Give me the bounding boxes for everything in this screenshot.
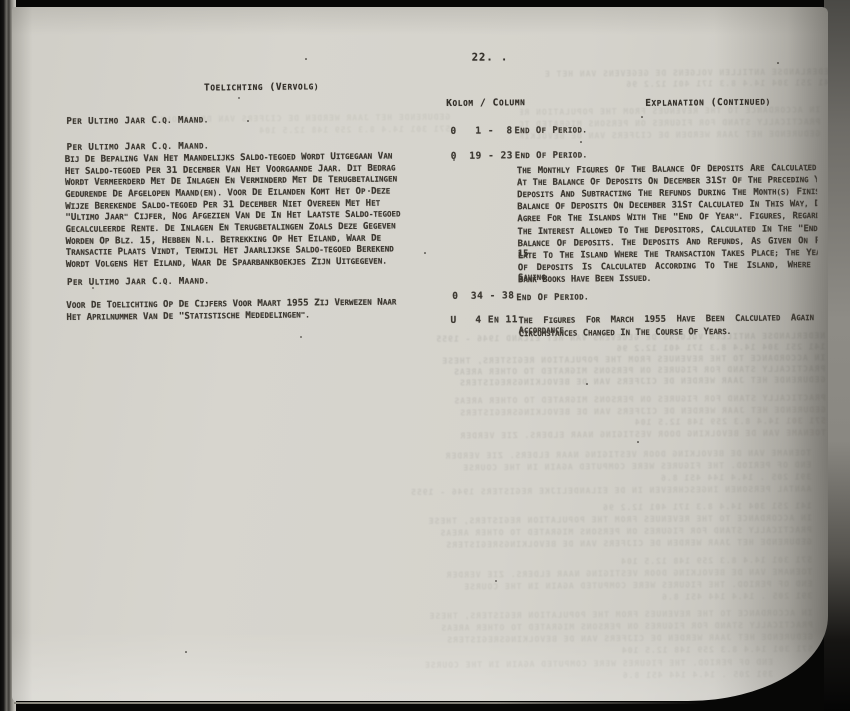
ink-speck: [305, 58, 307, 60]
english-paragraph-line: LATE TO THE ISLAND WHERE THE TRANSACTION…: [518, 248, 818, 261]
ink-speck: [185, 651, 187, 653]
dutch-paragraph-line: VOOR DE TOELICHTING OP DE CIJFERS VOOR M…: [66, 296, 396, 310]
ink-speck: [247, 120, 249, 122]
dutch-entry-heading: PER ULTIMO JAAR C.Q. MAAND.: [67, 275, 209, 287]
ink-speck: [637, 441, 639, 443]
ink-speck: [586, 383, 588, 385]
column-code: 0 1 - 8: [450, 125, 512, 137]
english-paragraph: THE FIGURES FOR MARCH 1955 HAVE BEEN CAL…: [518, 313, 818, 346]
column-code: 0 34 - 38: [452, 290, 514, 302]
ink-speck: [368, 190, 370, 192]
ink-speck: [453, 159, 455, 161]
ink-speck: [806, 169, 808, 171]
section-title-dutch: TOELICHTING (VERVOLG): [204, 81, 319, 93]
english-paragraph-line: BANK BOOKS HAVE BEEN ISSUED.: [518, 272, 818, 285]
column-code: U 4 EN 11: [450, 314, 518, 326]
dutch-entry-heading: PER ULTIMO JAAR C.Q. MAAND.: [67, 140, 209, 152]
ink-speck: [300, 336, 302, 338]
column-header: KOLOM / COLUMN: [446, 97, 525, 109]
page-under-edge: [14, 702, 702, 704]
english-paragraph: THE MONTHLY FIGURES OF THE BALANCE OF DE…: [517, 163, 818, 290]
english-entry-label: END OF PERIOD.: [515, 150, 588, 161]
dutch-entry-heading: PER ULTIMO JAAR C.Q. MAAND.: [66, 114, 208, 126]
section-title-english: EXPLANATION (CONTINUED): [645, 97, 771, 109]
ink-speck: [92, 287, 94, 289]
printed-text-layer: 22. . TOELICHTING (VERVOLG) KOLOM / COLU…: [12, 7, 828, 701]
dutch-paragraph: VOOR DE TOELICHTING OP DE CIJFERS VOOR M…: [66, 296, 456, 300]
english-paragraph-line: AGREE FOR THE ISLANDS WITH THE "END OF Y…: [517, 211, 818, 224]
ink-speck: [495, 580, 497, 582]
english-paragraph-line: THE MONTHLY FIGURES OF THE BALANCE OF DE…: [517, 163, 818, 176]
dutch-paragraph-line: WORDT VOLGENS HET EILAND, WAAR DE SPAARB…: [66, 255, 387, 269]
paper-page: NEDERLANDSE ANTILLEN VOLGENS DE GEGEVENS…: [12, 7, 828, 701]
ink-speck: [424, 252, 426, 254]
ink-speck: [641, 116, 643, 118]
english-paragraph-line: BALANCE OF DEPOSITS ON DECEMBER 31ST CAL…: [517, 199, 818, 212]
english-paragraph-line: THE INTEREST ALLOWED TO THE DEPOSITORS, …: [517, 223, 818, 236]
english-paragraph-line: CIRCUMSTANCES CHANGED IN THE COURSE OF Y…: [519, 325, 819, 338]
ink-speck: [777, 62, 779, 64]
english-paragraph-line: DEPOSITS AND SUBTRACTING THE REFUNDS DUR…: [517, 187, 818, 200]
dutch-paragraph-line: HET APRILNUMMER VAN DE "STATISTISCHE MED…: [66, 309, 310, 323]
english-entry-label: END OF PERIOD.: [516, 292, 589, 303]
english-paragraph-line: AT THE BALANCE OF DEPOSITS ON DECEMBER 3…: [517, 175, 818, 188]
page-number: 22. .: [472, 51, 509, 63]
column-code: 0 19 - 23: [451, 150, 513, 162]
ink-speck: [238, 97, 240, 99]
english-entry-label: END OF PERIOD.: [514, 125, 587, 136]
scanned-book-page: NEDERLANDSE ANTILLEN VOLGENS DE GEGEVENS…: [0, 0, 850, 711]
ink-speck: [580, 141, 582, 143]
